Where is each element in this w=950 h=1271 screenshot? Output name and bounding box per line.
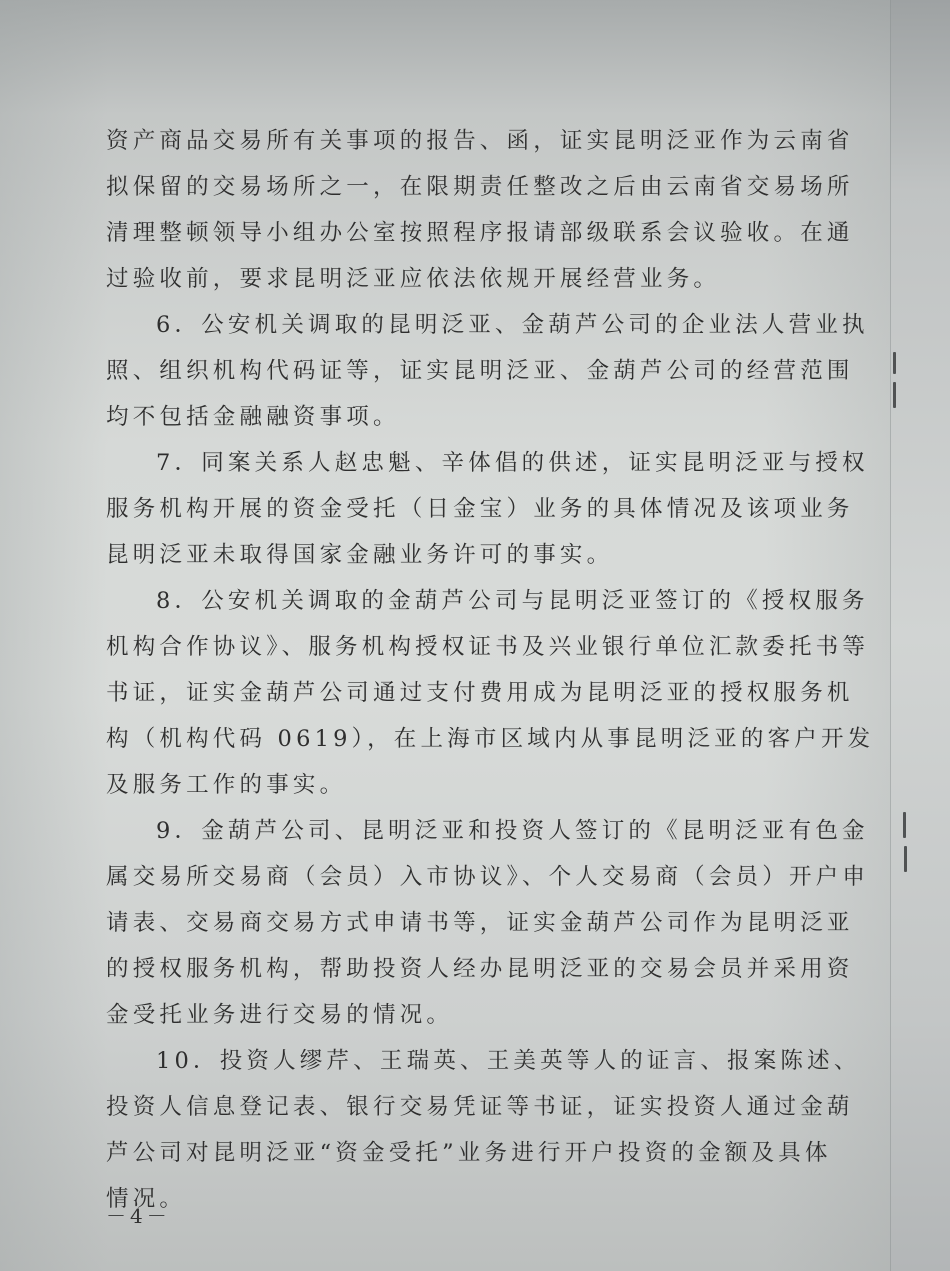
paragraph-8: 8．公安机关调取的金葫芦公司与昆明泛亚签订的《授权服务 机构合作协议》、服务机构… <box>106 578 816 808</box>
text-line: 及服务工作的事实。 <box>106 762 816 808</box>
text-line: 资产商品交易所有关事项的报告、函，证实昆明泛亚作为云南省 <box>106 118 816 164</box>
text-line: 拟保留的交易场所之一，在限期责任整改之后由云南省交易场所 <box>106 164 816 210</box>
paragraph-10: 10．投资人缪芹、王瑞英、王美英等人的证言、报案陈述、 投资人信息登记表、银行交… <box>106 1038 816 1222</box>
text-line: 请表、交易商交易方式申请书等，证实金葫芦公司作为昆明泛亚 <box>106 900 816 946</box>
text-line: 服务机构开展的资金受托（日金宝）业务的具体情况及该项业务 <box>106 486 816 532</box>
text-line: 金受托业务进行交易的情况。 <box>106 992 816 1038</box>
text-line: 清理整顿领导小组办公室按照程序报请部级联系会议验收。在通 <box>106 210 816 256</box>
text-line: 芦公司对昆明泛亚“资金受托”业务进行开户投资的金额及具体 <box>106 1130 816 1176</box>
paragraph-6: 6．公安机关调取的昆明泛亚、金葫芦公司的企业法人营业执 照、组织机构代码证等，证… <box>106 302 816 440</box>
binding-staple-mark <box>904 846 907 872</box>
text-line: 7．同案关系人赵忠魁、辛体倡的供述，证实昆明泛亚与授权 <box>106 440 816 486</box>
text-line: 6．公安机关调取的昆明泛亚、金葫芦公司的企业法人营业执 <box>106 302 816 348</box>
text-line: 10．投资人缪芹、王瑞英、王美英等人的证言、报案陈述、 <box>106 1038 816 1084</box>
text-line: 构（机构代码 0619），在上海市区域内从事昆明泛亚的客户开发 <box>106 716 816 762</box>
binding-staple-mark <box>893 352 896 374</box>
paragraph-9: 9．金葫芦公司、昆明泛亚和投资人签订的《昆明泛亚有色金 属交易所交易商（会员）入… <box>106 808 816 1038</box>
text-line: 8．公安机关调取的金葫芦公司与昆明泛亚签订的《授权服务 <box>106 578 816 624</box>
binding-staple-mark <box>903 812 906 838</box>
document-body: 资产商品交易所有关事项的报告、函，证实昆明泛亚作为云南省 拟保留的交易场所之一，… <box>106 118 816 1222</box>
text-line: 昆明泛亚未取得国家金融业务许可的事实。 <box>106 532 816 578</box>
text-line: 9．金葫芦公司、昆明泛亚和投资人签订的《昆明泛亚有色金 <box>106 808 816 854</box>
paragraph-5-continuation: 资产商品交易所有关事项的报告、函，证实昆明泛亚作为云南省 拟保留的交易场所之一，… <box>106 118 816 302</box>
binding-staple-mark <box>893 382 896 408</box>
text-line: 属交易所交易商（会员）入市协议》、个人交易商（会员）开户申 <box>106 854 816 900</box>
text-line: 机构合作协议》、服务机构授权证书及兴业银行单位汇款委托书等 <box>106 624 816 670</box>
text-line: 过验收前，要求昆明泛亚应依法依规开展经营业务。 <box>106 256 816 302</box>
text-line: 书证，证实金葫芦公司通过支付费用成为昆明泛亚的授权服务机 <box>106 670 816 716</box>
text-line: 投资人信息登记表、银行交易凭证等书证，证实投资人通过金葫 <box>106 1084 816 1130</box>
text-line: 的授权服务机构，帮助投资人经办昆明泛亚的交易会员并采用资 <box>106 946 816 992</box>
text-line: 均不包括金融融资事项。 <box>106 394 816 440</box>
text-line: 情况。 <box>106 1176 816 1222</box>
page-number: －4－ <box>106 1200 171 1229</box>
text-line: 照、组织机构代码证等，证实昆明泛亚、金葫芦公司的经营范围 <box>106 348 816 394</box>
paragraph-7: 7．同案关系人赵忠魁、辛体倡的供述，证实昆明泛亚与授权 服务机构开展的资金受托（… <box>106 440 816 578</box>
page-edge-shadow <box>890 0 950 1271</box>
